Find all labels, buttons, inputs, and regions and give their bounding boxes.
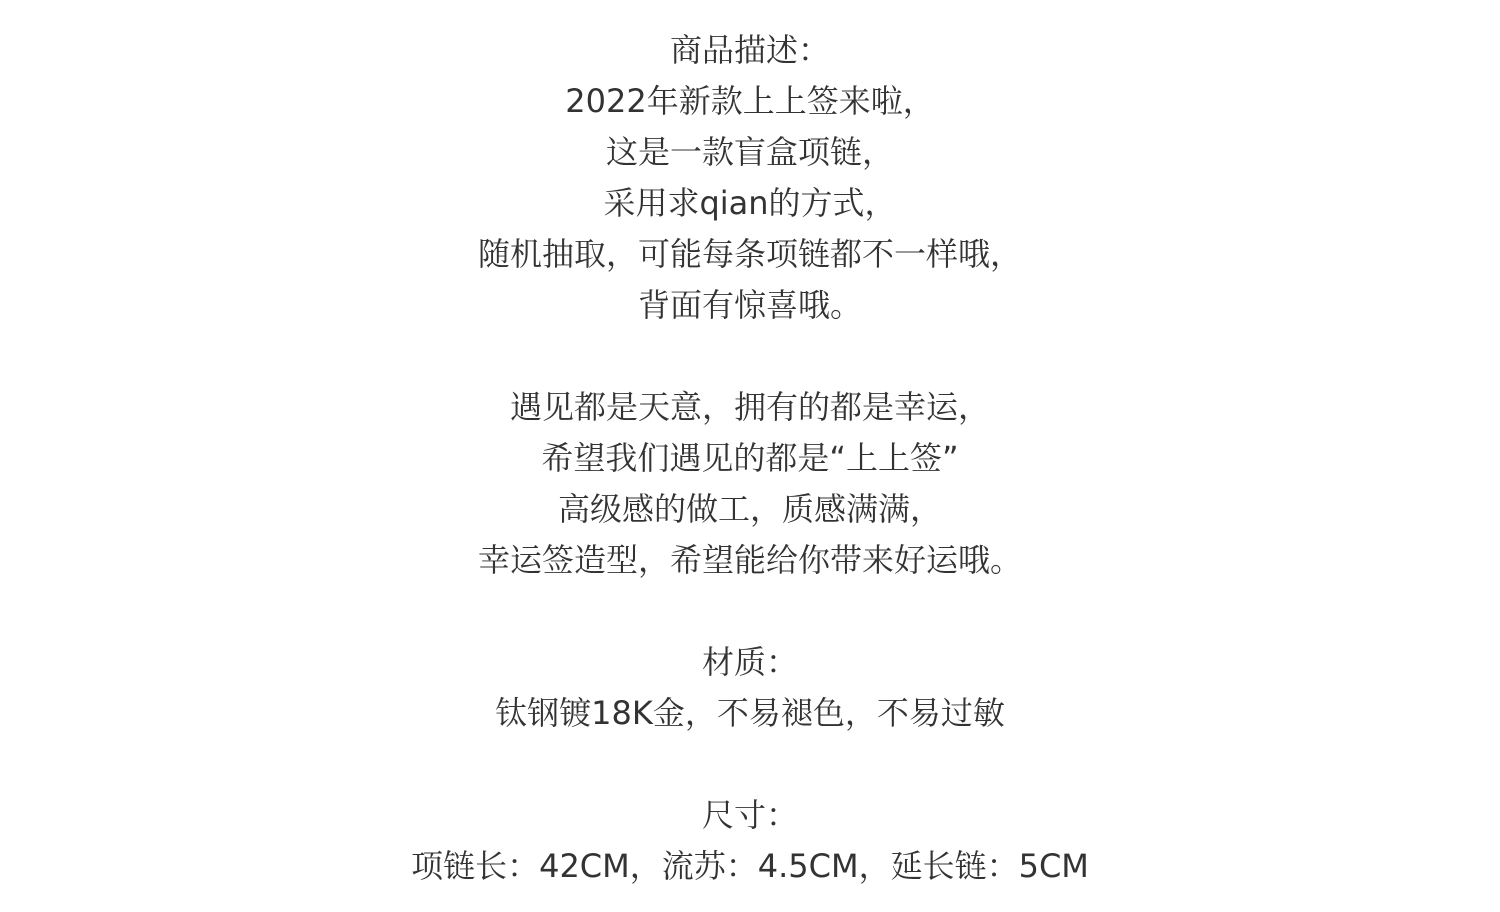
story-line: 高级感的做工，质感满满， (0, 484, 1500, 535)
spacer (0, 331, 1500, 382)
material-value: 钛钢镀18K金，不易褪色，不易过敏 (0, 688, 1500, 739)
material-heading: 材质： (0, 637, 1500, 688)
story-section: 遇见都是天意，拥有的都是幸运， 希望我们遇见的都是“上上签” 高级感的做工，质感… (0, 382, 1500, 586)
description-line: 这是一款盲盒项链， (0, 127, 1500, 178)
story-line: 幸运签造型，希望能给你带来好运哦。 (0, 535, 1500, 586)
product-description-document: 商品描述： 2022年新款上上签来啦， 这是一款盲盒项链， 采用求qian的方式… (0, 25, 1500, 892)
description-line: 2022年新款上上签来啦， (0, 76, 1500, 127)
size-value: 项链长：42CM，流苏：4.5CM，延长链：5CM (0, 841, 1500, 892)
description-heading: 商品描述： (0, 25, 1500, 76)
spacer (0, 739, 1500, 790)
spacer (0, 586, 1500, 637)
story-line: 希望我们遇见的都是“上上签” (0, 433, 1500, 484)
size-heading: 尺寸： (0, 790, 1500, 841)
description-section: 商品描述： 2022年新款上上签来啦， 这是一款盲盒项链， 采用求qian的方式… (0, 25, 1500, 331)
material-section: 材质： 钛钢镀18K金，不易褪色，不易过敏 (0, 637, 1500, 739)
story-line: 遇见都是天意，拥有的都是幸运， (0, 382, 1500, 433)
description-line: 随机抽取，可能每条项链都不一样哦， (0, 229, 1500, 280)
description-line: 背面有惊喜哦。 (0, 280, 1500, 331)
size-section: 尺寸： 项链长：42CM，流苏：4.5CM，延长链：5CM (0, 790, 1500, 892)
description-line: 采用求qian的方式， (0, 178, 1500, 229)
